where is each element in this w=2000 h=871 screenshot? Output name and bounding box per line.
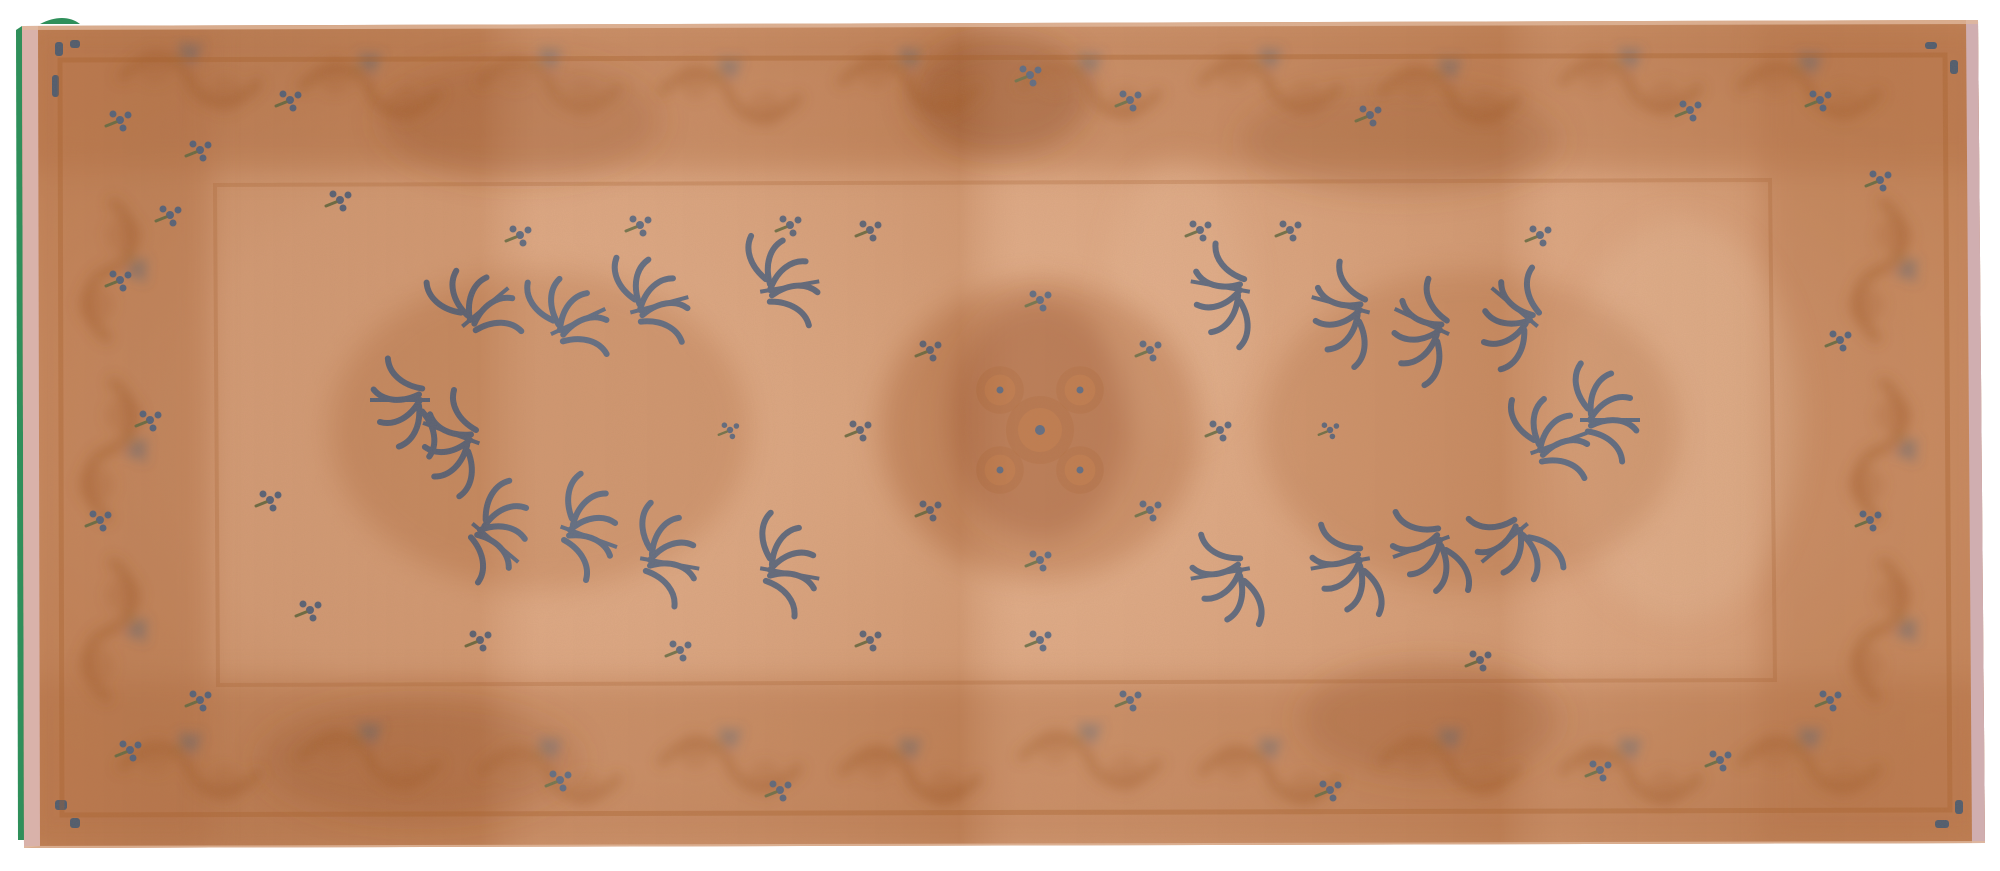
left-edge-cord [22,26,40,848]
rug-photo [0,0,2000,871]
rug-body [0,0,2000,871]
pile-texture [0,0,2000,871]
rug-illustration [0,0,2000,871]
